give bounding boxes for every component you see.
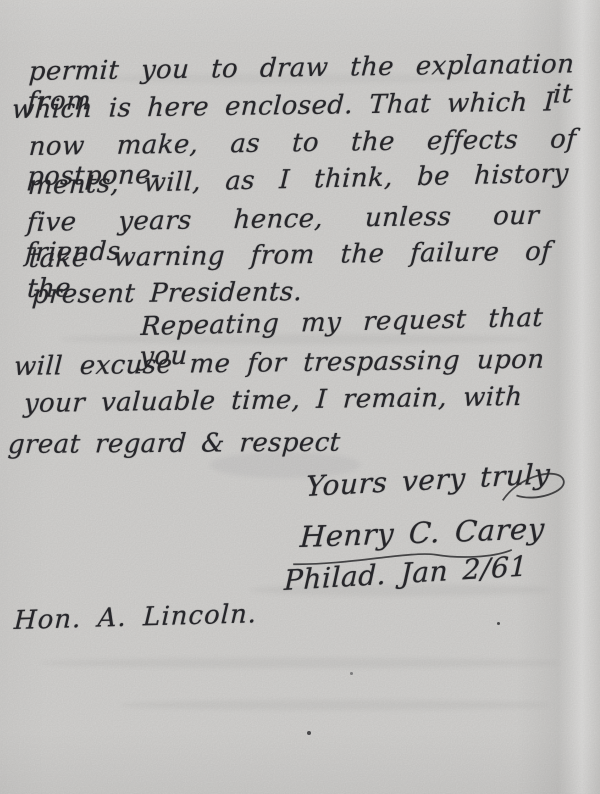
handwritten-line: your valuable time, I remain, with <box>23 382 523 419</box>
signature: Henry C. Carey <box>299 511 545 553</box>
handwritten-line: great regard & respect <box>7 428 341 460</box>
place-date-line: Philad. Jan 2/61 <box>284 550 529 597</box>
handwritten-line: which is here enclosed. That which I <box>11 87 555 125</box>
scanned-letter-page: permit you to draw the explanation from … <box>0 0 600 794</box>
ink-speck <box>350 672 353 675</box>
bleed-through-mark <box>40 658 560 668</box>
ink-speck <box>307 731 311 735</box>
handwritten-line: present Presidents. <box>31 277 303 310</box>
handwritten-line: will excuse me for trespassing upon <box>13 345 545 382</box>
addressee-line: Hon. A. Lincoln. <box>13 599 257 636</box>
ink-speck <box>497 622 500 625</box>
valediction-line: Yours very truly <box>305 457 550 503</box>
bleed-through-mark <box>120 700 550 710</box>
